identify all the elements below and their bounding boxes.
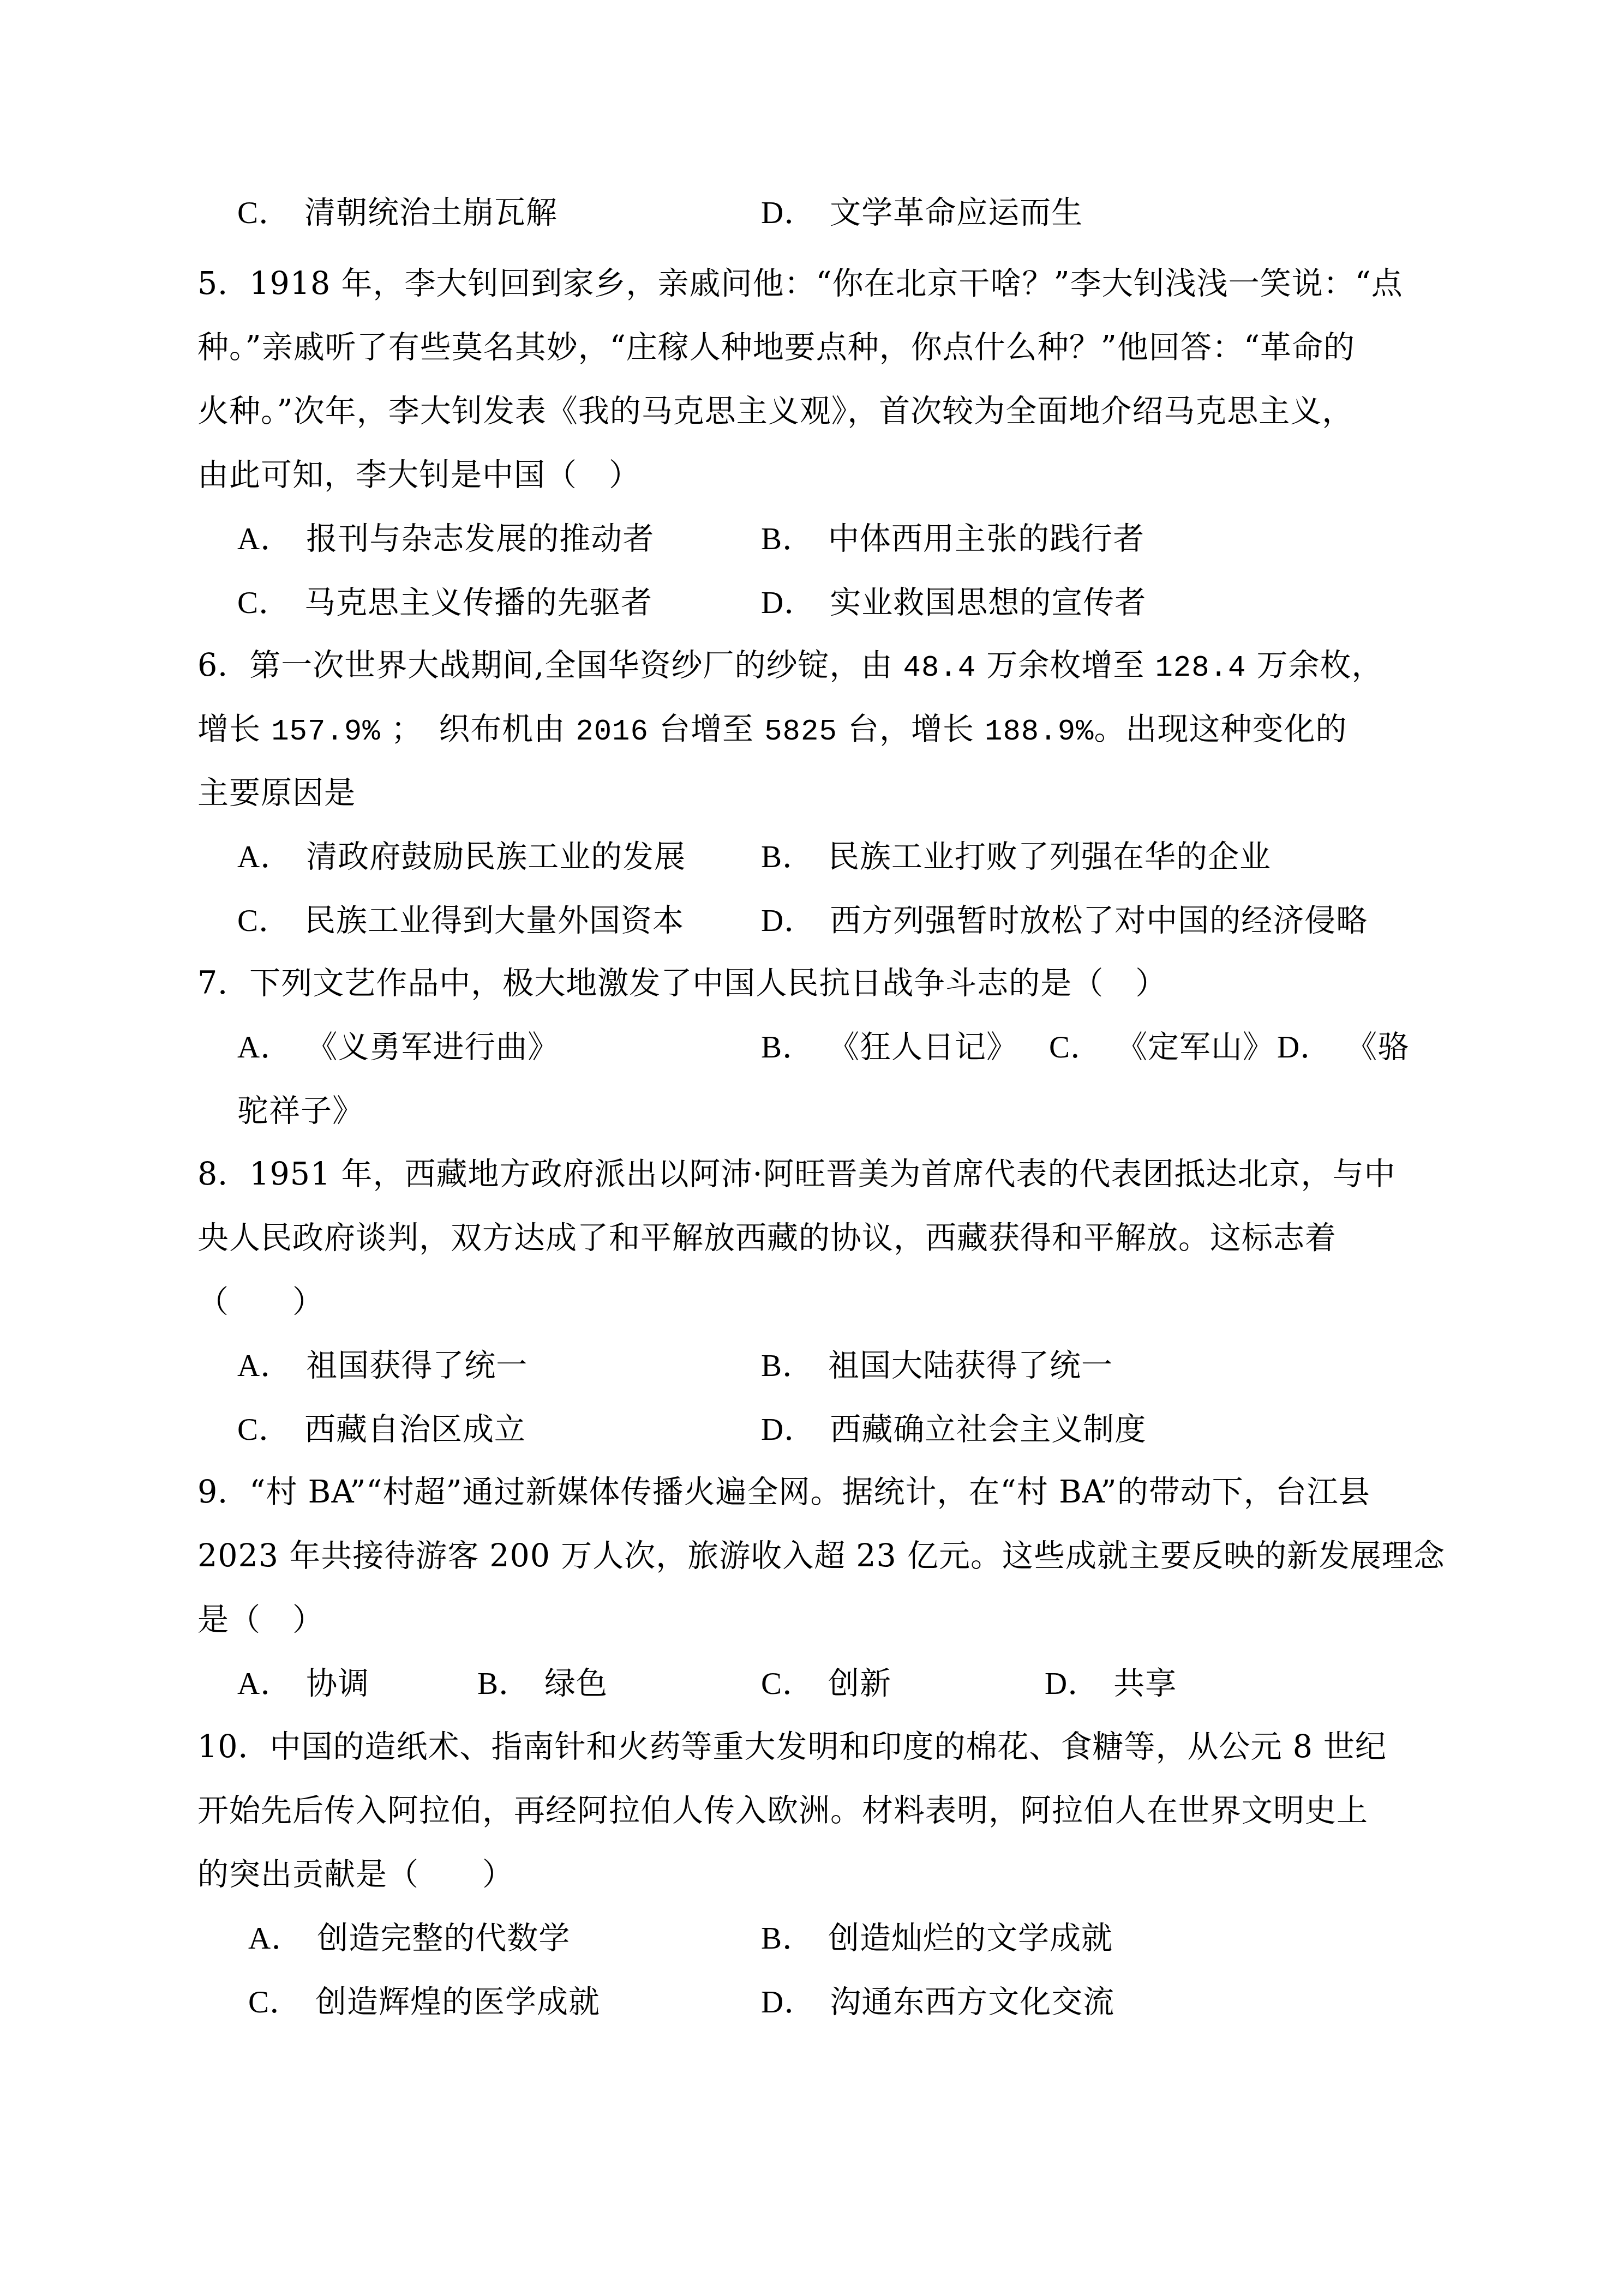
- option-label: A．: [237, 1344, 292, 1388]
- option-label: C．: [1049, 1026, 1102, 1069]
- option-text: 祖国大陆获得了统一: [828, 1348, 1113, 1384]
- q7-option-c: C．《定军山》: [1049, 1025, 1274, 1069]
- q8-stem-line-2: 央人民政府谈判，双方达成了和平解放西藏的协议，西藏获得和平解放。这标志着: [197, 1216, 1337, 1260]
- option-text: 民族工业打败了列强在华的企业: [828, 839, 1271, 875]
- q9-stem-line-1: 9．“村 BA”“村超”通过新媒体传播火遍全网。据统计，在“村 BA”的带动下，…: [197, 1470, 1370, 1514]
- q10-option-a: A．创造完整的代数学: [248, 1916, 570, 1961]
- q7-option-a: A．《义勇军进行曲》: [237, 1025, 559, 1069]
- option-label: D．: [1045, 1662, 1099, 1706]
- q8-option-b: B．祖国大陆获得了统一: [761, 1344, 1113, 1388]
- question-text: 1951 年，西藏地方政府派出以阿沛·阿旺晋美为首席代表的代表团抵达北京，与中: [249, 1156, 1395, 1192]
- q10-option-c: C．创造辉煌的医学成就: [248, 1980, 600, 2024]
- question-text: 增长: [197, 711, 271, 747]
- q7-stem-line-1: 7．下列文艺作品中，极大地激发了中国人民抗日战争斗志的是（ ）: [197, 961, 1167, 1005]
- option-text: 西藏自治区成立: [304, 1411, 526, 1447]
- option-text: 西藏确立社会主义制度: [830, 1411, 1146, 1447]
- q6-option-d: D．西方列强暂时放松了对中国的经济侵略: [761, 899, 1368, 943]
- option-label: B．: [761, 836, 814, 879]
- question-text: 是（ ）: [197, 1602, 324, 1638]
- q10-option-d: D．沟通东西方文化交流: [761, 1980, 1114, 2024]
- option-label: B．: [761, 1026, 814, 1069]
- question-text: 万余枚增至: [976, 647, 1155, 683]
- question-text: ； 织布机由: [381, 711, 576, 747]
- q9-option-a: A．协调: [237, 1662, 369, 1706]
- option-label: D．: [761, 581, 816, 625]
- option-text: 《义勇军进行曲》: [306, 1029, 559, 1065]
- q8-option-a: A．祖国获得了统一: [237, 1344, 528, 1388]
- question-text: 。出现这种变化的: [1094, 711, 1347, 747]
- q9-option-b: B．绿色: [477, 1662, 608, 1706]
- question-number: 5．: [197, 266, 249, 302]
- option-label: D．: [761, 1981, 816, 2024]
- q6-stem-line-3: 主要原因是: [197, 771, 356, 815]
- q9-stem-line-3: 是（ ）: [197, 1598, 324, 1642]
- option-text: 马克思主义传播的先驱者: [304, 585, 652, 621]
- q10-stem-line-3: 的突出贡献是（ ）: [197, 1853, 514, 1896]
- option-label: C．: [248, 1981, 301, 2024]
- q4-option-d: D．文学革命应运而生: [761, 191, 1083, 235]
- option-text: 实业救国思想的宣传者: [830, 585, 1146, 621]
- q7-option-d: D．《骆: [1277, 1025, 1409, 1069]
- question-text: 台增至: [649, 711, 764, 747]
- number-value: 188.9%: [985, 716, 1094, 749]
- option-label: D．: [761, 1408, 816, 1452]
- option-text: 中体西用主张的践行者: [828, 521, 1144, 557]
- question-text: 主要原因是: [197, 775, 356, 811]
- q5-stem-line-1: 5．1918 年，李大钊回到家乡，亲戚问他：“你在北京干啥？”李大钊浅浅一笑说：…: [197, 262, 1403, 305]
- option-label: D．: [1277, 1026, 1332, 1069]
- q8-option-c: C．西藏自治区成立: [237, 1408, 526, 1452]
- question-number: 10．: [197, 1729, 270, 1765]
- question-text: 下列文艺作品中，极大地激发了中国人民抗日战争斗志的是（ ）: [249, 965, 1167, 1001]
- number-value: 48.4: [903, 652, 976, 685]
- q4-option-c: C．清朝统治土崩瓦解: [237, 191, 558, 235]
- number-value: 2016: [576, 716, 649, 749]
- question-text: 开始先后传入阿拉伯，再经阿拉伯人传入欧洲。材料表明，阿拉伯人在世界文明史上: [197, 1793, 1368, 1829]
- question-text: （ ）: [197, 1284, 324, 1320]
- option-text: 民族工业得到大量外国资本: [304, 903, 684, 939]
- option-label: B．: [477, 1662, 530, 1706]
- option-label: B．: [761, 518, 814, 561]
- option-text: 协调: [306, 1666, 369, 1702]
- q6-option-c: C．民族工业得到大量外国资本: [237, 899, 684, 943]
- q10-stem-line-1: 10．中国的造纸术、指南针和火药等重大发明和印度的棉花、食糖等，从公元 8 世纪: [197, 1725, 1387, 1769]
- q5-option-d: D．实业救国思想的宣传者: [761, 581, 1146, 625]
- option-text: 《骆: [1346, 1029, 1409, 1065]
- q5-option-b: B．中体西用主张的践行者: [761, 517, 1144, 561]
- q9-stem-line-2: 2023 年共接待游客 200 万人次，旅游收入超 23 亿元。这些成就主要反映…: [197, 1534, 1445, 1578]
- option-text: 报刊与杂志发展的推动者: [306, 521, 654, 557]
- option-label: B．: [761, 1917, 814, 1961]
- question-text: 2023 年共接待游客 200 万人次，旅游收入超 23 亿元。这些成就主要反映…: [197, 1538, 1445, 1574]
- q6-option-b: B．民族工业打败了列强在华的企业: [761, 835, 1271, 879]
- question-text: 种。”亲戚听了有些莫名其妙，“庄稼人种地要点种，你点什么种？”他回答：“革命的: [197, 329, 1355, 365]
- option-text: 清朝统治土崩瓦解: [304, 195, 558, 231]
- q7-option-b: B．《狂人日记》: [761, 1025, 1018, 1069]
- q10-option-b: B．创造灿烂的文学成就: [761, 1916, 1113, 1961]
- q5-option-a: A．报刊与杂志发展的推动者: [237, 517, 654, 561]
- option-text: 文学革命应运而生: [830, 195, 1083, 231]
- option-text: 创造辉煌的医学成就: [315, 1984, 600, 2020]
- option-label: C．: [237, 581, 290, 625]
- option-label: C．: [761, 1662, 814, 1706]
- option-text: 西方列强暂时放松了对中国的经济侵略: [830, 903, 1368, 939]
- option-label: C．: [237, 899, 290, 943]
- option-text: 清政府鼓励民族工业的发展: [306, 839, 686, 875]
- q9-option-c: C．创新: [761, 1662, 891, 1706]
- option-label: A．: [237, 518, 292, 561]
- q6-option-a: A．清政府鼓励民族工业的发展: [237, 835, 686, 879]
- option-text: 沟通东西方文化交流: [830, 1984, 1114, 2020]
- question-text: 火种。”次年，李大钊发表《我的马克思主义观》，首次较为全面地介绍马克思主义，: [197, 393, 1353, 429]
- q8-stem-line-3: （ ）: [197, 1280, 324, 1324]
- q5-stem-line-3: 火种。”次年，李大钊发表《我的马克思主义观》，首次较为全面地介绍马克思主义，: [197, 389, 1353, 433]
- question-text: 台，增长: [837, 711, 985, 747]
- question-text: 央人民政府谈判，双方达成了和平解放西藏的协议，西藏获得和平解放。这标志着: [197, 1220, 1337, 1256]
- option-label: C．: [237, 191, 290, 235]
- option-label: C．: [237, 1408, 290, 1452]
- q5-option-c: C．马克思主义传播的先驱者: [237, 581, 652, 625]
- option-text: 《定军山》: [1116, 1029, 1274, 1065]
- q8-stem-line-1: 8．1951 年，西藏地方政府派出以阿沛·阿旺晋美为首席代表的代表团抵达北京，与…: [197, 1152, 1396, 1196]
- q6-stem-line-1: 6．第一次世界大战期间,全国华资纱厂的纱锭，由 48.4 万余枚增至 128.4…: [197, 644, 1383, 687]
- question-text: “村 BA”“村超”通过新媒体传播火遍全网。据统计，在“村 BA”的带动下，台江…: [249, 1474, 1370, 1510]
- option-label: D．: [761, 899, 816, 943]
- option-text: 创新: [828, 1666, 891, 1702]
- question-text: 万余枚，: [1246, 647, 1383, 683]
- question-text: 由此可知，李大钊是中国（ ）: [197, 457, 640, 493]
- question-number: 7．: [197, 965, 249, 1001]
- option-text: 《狂人日记》: [828, 1029, 1018, 1065]
- q8-option-d: D．西藏确立社会主义制度: [761, 1408, 1146, 1452]
- question-text: 的突出贡献是（ ）: [197, 1856, 514, 1892]
- option-label: D．: [761, 191, 816, 235]
- option-label: B．: [761, 1344, 814, 1388]
- question-text: 1918 年，李大钊回到家乡，亲戚问他：“你在北京干啥？”李大钊浅浅一笑说：“点: [249, 266, 1403, 302]
- question-text: 第一次世界大战期间,全国华资纱厂的纱锭，由: [249, 647, 903, 683]
- option-label: A．: [237, 1662, 292, 1706]
- number-value: 5825: [764, 716, 837, 749]
- q5-stem-line-2: 种。”亲戚听了有些莫名其妙，“庄稼人种地要点种，你点什么种？”他回答：“革命的: [197, 326, 1355, 369]
- option-label: A．: [248, 1917, 303, 1961]
- option-text: 绿色: [544, 1666, 608, 1702]
- question-number: 6．: [197, 647, 249, 683]
- option-text: 创造灿烂的文学成就: [828, 1920, 1113, 1956]
- exam-page: C．清朝统治土崩瓦解 D．文学革命应运而生 5．1918 年，李大钊回到家乡，亲…: [0, 0, 1624, 2296]
- question-number: 9．: [197, 1474, 249, 1510]
- option-text: 创造完整的代数学: [317, 1920, 570, 1956]
- q5-stem-line-4: 由此可知，李大钊是中国（ ）: [197, 453, 640, 497]
- question-text: 中国的造纸术、指南针和火药等重大发明和印度的棉花、食糖等，从公元 8 世纪: [270, 1729, 1387, 1765]
- number-value: 128.4: [1155, 652, 1246, 685]
- q6-stem-line-2: 增长 157.9% ； 织布机由 2016 台增至 5825 台，增长 188.…: [197, 707, 1347, 751]
- option-label: A．: [237, 1026, 292, 1069]
- question-number: 8．: [197, 1156, 249, 1192]
- option-text: 共享: [1113, 1666, 1177, 1702]
- number-value: 157.9%: [271, 716, 380, 749]
- q10-stem-line-2: 开始先后传入阿拉伯，再经阿拉伯人传入欧洲。材料表明，阿拉伯人在世界文明史上: [197, 1789, 1368, 1832]
- q9-option-d: D．共享: [1045, 1662, 1177, 1706]
- option-label: A．: [237, 836, 292, 879]
- option-text: 祖国获得了统一: [306, 1348, 528, 1384]
- option-text: 驼祥子》: [237, 1089, 364, 1133]
